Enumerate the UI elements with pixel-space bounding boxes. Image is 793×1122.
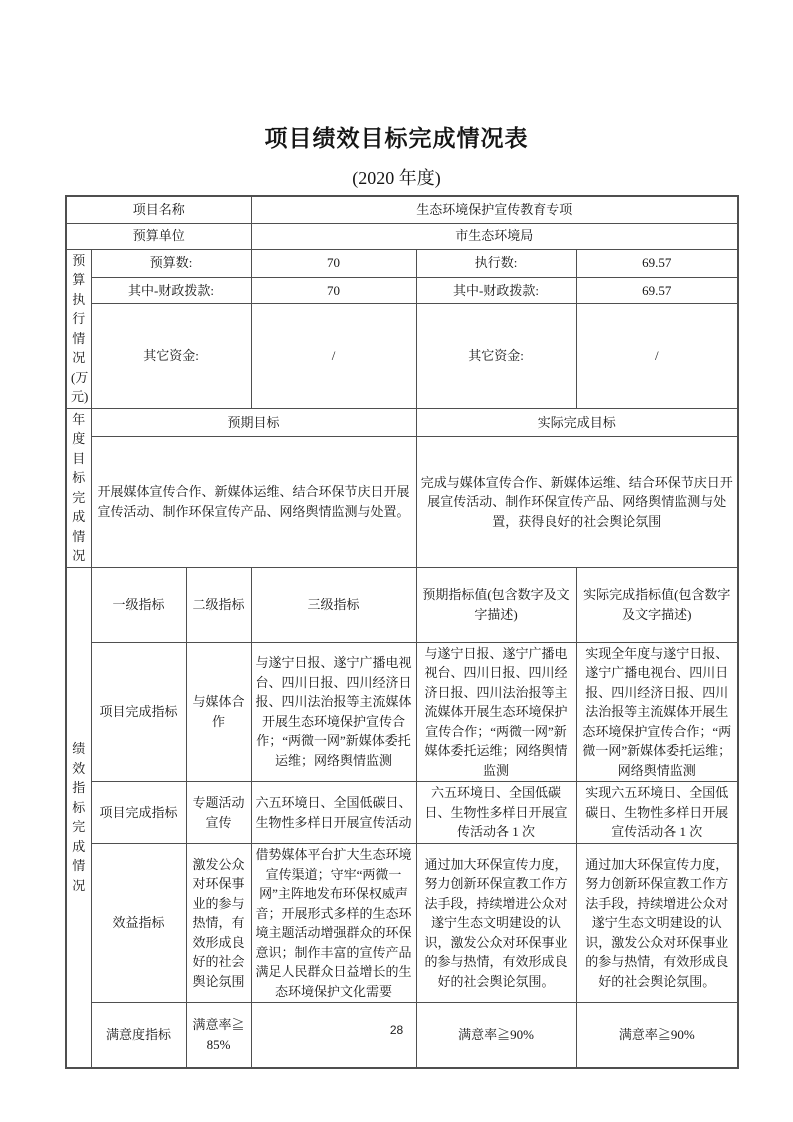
table-row: 项目名称 生态环境保护宣传教育专项 xyxy=(66,196,738,223)
budget-unit-value: 市生态环境局 xyxy=(251,223,738,249)
table-row: 其中-财政拨款: 70 其中-财政拨款: 69.57 xyxy=(66,277,738,303)
performance-report-table: 项目名称 生态环境保护宣传教育专项 预算单位 市生态环境局 预 算 执 行 情 … xyxy=(65,195,739,1069)
table-row: 其它资金: / 其它资金: / xyxy=(66,303,738,408)
annual-section-label: 年 度 目 标 完 成 情 况 xyxy=(66,408,91,567)
other-funds-label: 其它资金: xyxy=(91,303,251,408)
header-level3: 三级指标 xyxy=(251,567,416,642)
indicator-expected: 与遂宁日报、遂宁广播电视台、四川日报、四川经济日报、四川法治报等主流媒体开展生态… xyxy=(416,642,576,782)
actual-target-header: 实际完成目标 xyxy=(416,408,738,437)
indicator-level1: 项目完成指标 xyxy=(91,642,186,782)
indicator-level1: 效益指标 xyxy=(91,844,186,1003)
table-row: 预 算 执 行 情 况 (万 元) 预算数: 70 执行数: 69.57 xyxy=(66,249,738,277)
table-row: 年 度 目 标 完 成 情 况 预期目标 实际完成目标 xyxy=(66,408,738,437)
performance-section-label: 绩 效 指 标 完 成 情 况 xyxy=(66,567,91,1068)
executed-amount-label: 执行数: xyxy=(416,249,576,277)
page-title: 项目绩效目标完成情况表 xyxy=(0,120,793,153)
project-name-value: 生态环境保护宣传教育专项 xyxy=(251,196,738,223)
indicator-actual: 实现六五环境日、全国低碳日、生物性多样日开展宣传活动各 1 次 xyxy=(576,782,738,844)
table-row: 项目完成指标 与媒体合作 与遂宁日报、遂宁广播电视台、四川日报、四川经济日报、四… xyxy=(66,642,738,782)
other-funds-exec-label: 其它资金: xyxy=(416,303,576,408)
actual-target-text: 完成与媒体宣传合作、新媒体运维、结合环保节庆日开展宣传活动、制作环保宣传产品、网… xyxy=(416,437,738,567)
table-row: 绩 效 指 标 完 成 情 况 一级指标 二级指标 三级指标 预期指标值(包含数… xyxy=(66,567,738,642)
indicator-level2: 激发公众对环保事业的参与热情，有效形成良好的社会舆论氛围 xyxy=(186,844,251,1003)
fiscal-allocation-value: 70 xyxy=(251,277,416,303)
other-funds-value: / xyxy=(251,303,416,408)
expected-target-text: 开展媒体宣传合作、新媒体运维、结合环保节庆日开展宣传活动、制作环保宣传产品、网络… xyxy=(91,437,416,567)
header-level2: 二级指标 xyxy=(186,567,251,642)
header-actual-value: 实际完成指标值(包含数字及文字描述) xyxy=(576,567,738,642)
indicator-level3: 六五环境日、全国低碳日、生物性多样日开展宣传活动 xyxy=(251,782,416,844)
indicator-level3: 借势媒体平台扩大生态环境宣传渠道；守牢“两微一网”主阵地发布环保权威声音；开展形… xyxy=(251,844,416,1003)
table-row: 项目完成指标 专题活动宣传 六五环境日、全国低碳日、生物性多样日开展宣传活动 六… xyxy=(66,782,738,844)
budget-section-label: 预 算 执 行 情 况 (万 元) xyxy=(66,249,91,408)
fiscal-allocation-exec-label: 其中-财政拨款: xyxy=(416,277,576,303)
indicator-actual: 通过加大环保宣传力度，努力创新环保宣教工作方法手段，持续增进公众对遂宁生态文明建… xyxy=(576,844,738,1003)
page-subtitle: (2020 年度) xyxy=(0,164,793,190)
indicator-level2: 与媒体合作 xyxy=(186,642,251,782)
header-expected-value: 预期指标值(包含数字及文字描述) xyxy=(416,567,576,642)
project-name-label: 项目名称 xyxy=(66,196,251,223)
table-row: 开展媒体宣传合作、新媒体运维、结合环保节庆日开展宣传活动、制作环保宣传产品、网络… xyxy=(66,437,738,567)
indicator-level2: 专题活动宣传 xyxy=(186,782,251,844)
indicator-level3: 与遂宁日报、遂宁广播电视台、四川日报、四川经济日报、四川法治报等主流媒体开展生态… xyxy=(251,642,416,782)
fiscal-allocation-label: 其中-财政拨款: xyxy=(91,277,251,303)
indicator-expected: 通过加大环保宣传力度，努力创新环保宣教工作方法手段，持续增进公众对遂宁生态文明建… xyxy=(416,844,576,1003)
document-page: 项目绩效目标完成情况表 (2020 年度) 项目名称 生态环境保护宣传教育专项 … xyxy=(0,0,793,1122)
page-number: 28 xyxy=(0,1023,793,1037)
expected-target-header: 预期目标 xyxy=(91,408,416,437)
table-row: 预算单位 市生态环境局 xyxy=(66,223,738,249)
budget-unit-label: 预算单位 xyxy=(66,223,251,249)
header-level1: 一级指标 xyxy=(91,567,186,642)
indicator-level1: 项目完成指标 xyxy=(91,782,186,844)
table-row: 效益指标 激发公众对环保事业的参与热情，有效形成良好的社会舆论氛围 借势媒体平台… xyxy=(66,844,738,1003)
executed-amount-value: 69.57 xyxy=(576,249,738,277)
indicator-expected: 六五环境日、全国低碳日、生物性多样日开展宣传活动各 1 次 xyxy=(416,782,576,844)
fiscal-allocation-exec-value: 69.57 xyxy=(576,277,738,303)
budget-amount-value: 70 xyxy=(251,249,416,277)
indicator-actual: 实现全年度与遂宁日报、遂宁广播电视台、四川日报、四川经济日报、四川法治报等主流媒… xyxy=(576,642,738,782)
budget-amount-label: 预算数: xyxy=(91,249,251,277)
other-funds-exec-value: / xyxy=(576,303,738,408)
